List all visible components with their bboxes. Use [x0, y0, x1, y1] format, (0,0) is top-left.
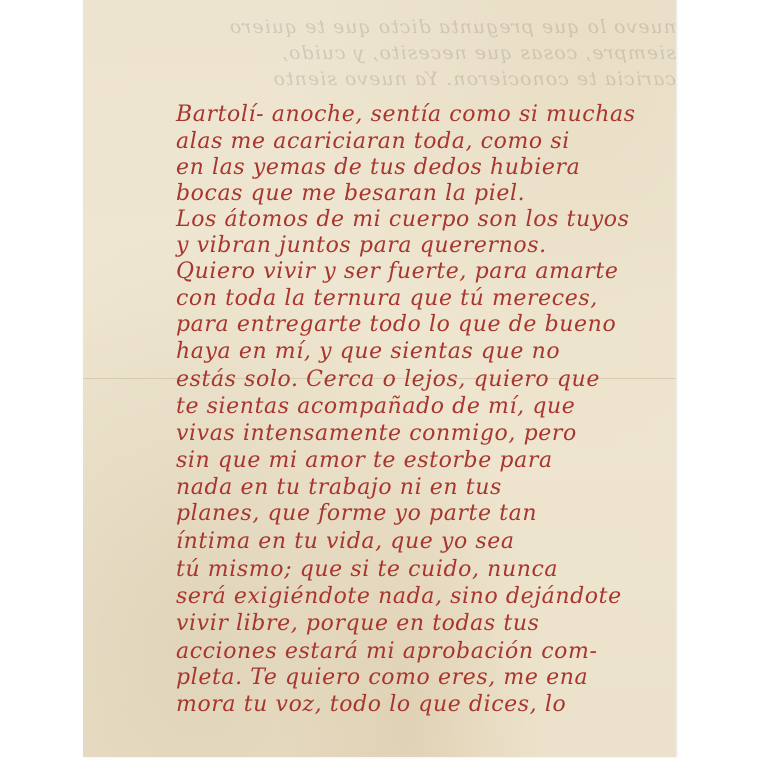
bleed-through-text: siempre, cosas que necesito, y cuido,	[83, 42, 676, 64]
letter-line: bocas que me besaran la piel.	[176, 183, 525, 205]
letter-line: planes, que forme yo parte tan	[176, 503, 537, 525]
letter-line: tú mismo; que si te cuido, nunca	[176, 559, 558, 581]
letter-line: Quiero vivir y ser fuerte, para amarte	[176, 261, 619, 283]
letter-line: con toda la ternura que tú mereces,	[176, 288, 598, 310]
letter-line: alas me acariciaran toda, como si	[176, 131, 570, 153]
letter-line: pleta. Te quiero como eres, me ena	[176, 667, 588, 689]
letter-line: en las yemas de tus dedos hubiera	[176, 157, 580, 179]
letter-line: acciones estará mi aprobación com-	[176, 641, 597, 663]
letter-page: nuevo lo que pregunta dicto que te quier…	[83, 0, 676, 757]
letter-line: haya en mí, y que sientas que no	[176, 341, 560, 363]
letter-line: y vibran juntos para querernos.	[176, 235, 547, 257]
bleed-through-text: nuevo lo que pregunta dicto que te quier…	[83, 16, 676, 38]
letter-line: para entregarte todo lo que de bueno	[176, 314, 616, 336]
letter-line: Los átomos de mi cuerpo son los tuyos	[176, 209, 630, 231]
letter-line: estás solo. Cerca o lejos, quiero que	[176, 369, 600, 391]
letter-line: vivir libre, porque en todas tus	[176, 613, 539, 635]
letter-line: íntima en tu vida, que yo sea	[176, 531, 515, 553]
letter-line: sin que mi amor te estorbe para	[176, 450, 553, 472]
letter-line: vivas intensamente conmigo, pero	[176, 423, 577, 445]
letter-line: será exigiéndote nada, sino dejándote	[176, 586, 622, 608]
bleed-through-text: caricia te conocieron. Ya nuevo siento	[83, 68, 676, 90]
letter-line: Bartolí- anoche, sentía como si muchas	[176, 104, 636, 126]
letter-line: te sientas acompañado de mí, que	[176, 396, 575, 418]
letter-line: mora tu voz, todo lo que dices, lo	[176, 694, 566, 716]
letter-line: nada en tu trabajo ni en tus	[176, 477, 502, 499]
